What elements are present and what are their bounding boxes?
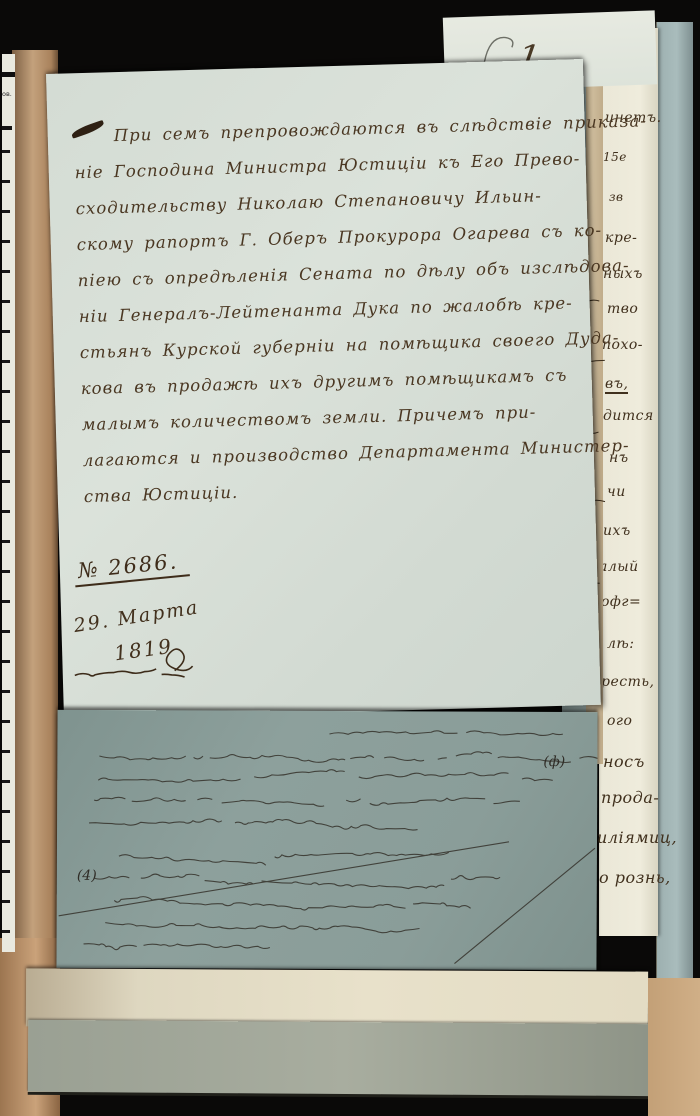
page-fragment: 15е [603,150,627,164]
letter-page: При семъ препровождаются въ слѣдствіе пр… [46,59,601,720]
underlying-white-page: ии инетъ. 15е зв кре- ныхъ тво похо- въ,… [599,28,658,936]
note-slip: (ф) (4) [56,710,597,970]
slip-lower-mark: (4) [77,868,97,884]
page-fragment: тво [607,301,638,317]
page-fragment: дится [603,408,654,424]
slip-scribbles [56,710,597,970]
ruler-tick-marks [2,150,10,950]
slip-upper-mark: (ф) [543,754,565,770]
page-fragment: прода- [601,788,659,807]
page-fragment: ого [607,713,632,729]
page-fragment: ихъ [603,523,631,539]
bottom-beige-corner [648,978,700,1116]
bottom-gray-sheet [28,1020,662,1096]
page-fragment: носъ [603,752,645,771]
page-fragment: кре- [605,230,637,246]
page-fragment: ресть, [601,674,654,690]
page-fragment: зв [609,190,624,204]
ruler-thick-mark [2,72,15,77]
underlying-blue-page-edge [656,22,693,1007]
page-fragment: иліямиц, [597,828,677,847]
page-fragment: о рознь, [599,868,671,887]
page-fragment: лѣ: [607,636,634,652]
page-fragment: въ, [605,376,628,394]
signature-flourish [46,59,601,720]
ruler-label: ов. [2,90,15,98]
ruler-thick-mark [2,126,12,130]
page-fragment: офг= [601,594,641,610]
page-fragment: алый [599,559,639,575]
page-fragment: чи [607,484,626,500]
measuring-ruler-strip: ов. [2,54,15,952]
